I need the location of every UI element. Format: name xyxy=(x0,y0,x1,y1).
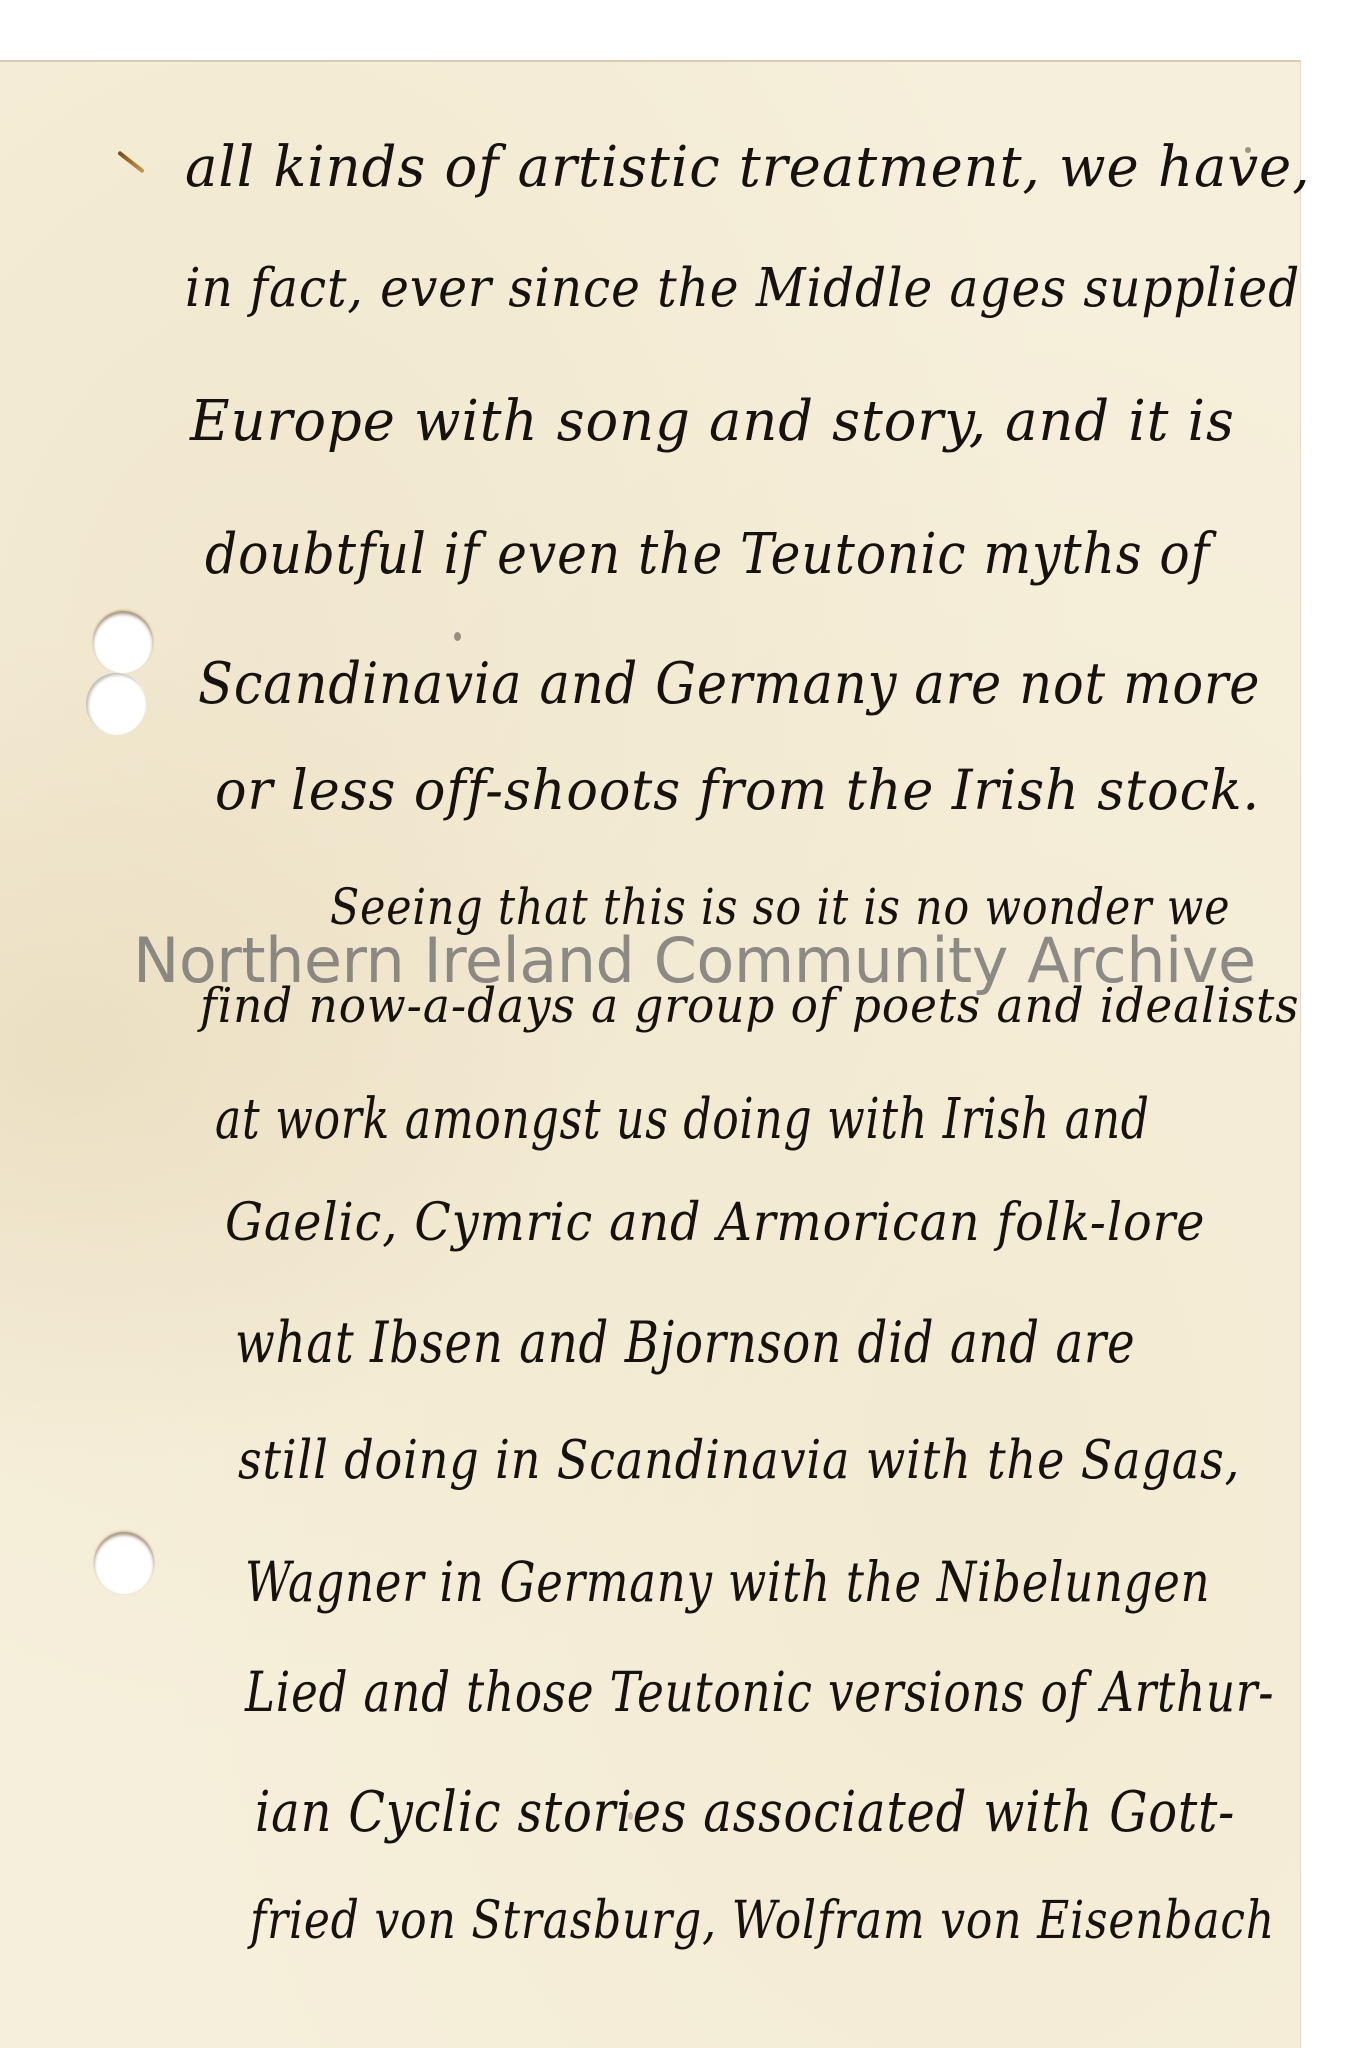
punch-hole-upper xyxy=(93,611,153,673)
handwritten-line-11: what Ibsen and Bjornson did and are xyxy=(235,1315,1135,1372)
archive-watermark: Northern Ireland Community Archive xyxy=(133,930,1256,992)
handwritten-line-16: fried von Strasburg, Wolfram von Eisenba… xyxy=(250,1895,1275,1947)
handwritten-line-13: Wagner in Germany with the Nibelungen xyxy=(245,1555,1210,1610)
letter-page xyxy=(0,60,1300,2048)
handwritten-line-5: Scandinavia and Germany are not more xyxy=(198,656,1260,713)
handwritten-line-4: doubtful if even the Teutonic myths of xyxy=(205,527,1210,583)
handwritten-line-1: all kinds of artistic treatment, we have… xyxy=(185,140,1310,196)
handwritten-line-10: Gaelic, Cymric and Armorican folk-lore xyxy=(225,1197,1205,1249)
paper-speck xyxy=(454,632,461,641)
handwritten-line-12: still doing in Scandinavia with the Saga… xyxy=(238,1434,1240,1487)
handwritten-line-14: Lied and those Teutonic versions of Arth… xyxy=(245,1665,1274,1720)
punch-hole-lower xyxy=(94,1532,154,1594)
handwritten-line-15: ian Cyclic stories associated with Gott- xyxy=(255,1785,1235,1841)
margin-mark xyxy=(117,151,145,174)
handwritten-line-9: at work amongst us doing with Irish and xyxy=(215,1092,1150,1148)
handwritten-line-6: or less off-shoots from the Irish stock. xyxy=(215,763,1260,818)
handwritten-line-3: Europe with song and story, and it is xyxy=(190,394,1235,450)
handwritten-line-2: in fact, ever since the Middle ages supp… xyxy=(185,262,1300,315)
punch-hole-upper-torn xyxy=(86,673,146,735)
